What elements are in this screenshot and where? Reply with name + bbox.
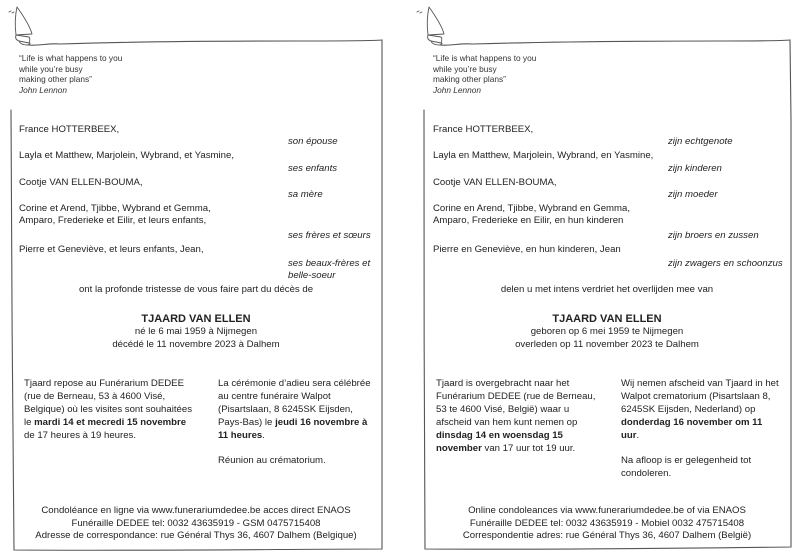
family-names: France HOTTERBEEX, (433, 124, 793, 136)
family-names: Corine et Arend, Tjibbe, Wybrand et Gemm… (19, 203, 379, 215)
ceremony-info: Wij nemen afscheid van Tjaard in het Wal… (621, 377, 783, 492)
family-entry: France HOTTERBEEX, son épouse (19, 124, 379, 148)
family-names: Amparo, Frederieke et Eilir, et leurs en… (19, 215, 379, 227)
announcement: ont la profonde tristesse de vous faire … (10, 284, 382, 297)
family-relation: son épouse (19, 136, 379, 148)
footer-condolences: Condoléance en ligne via www.funerariumd… (10, 505, 382, 518)
family-entry: France HOTTERBEEX, zijn echtgenote (433, 124, 793, 148)
sailboat-icon (9, 7, 32, 45)
family-names: Layla et Matthew, Marjolein, Wybrand, et… (19, 150, 379, 162)
family-entry: Pierre et Geneviève, et leurs enfants, J… (19, 244, 379, 283)
body-text: Wij nemen afscheid van Tjaard in het Wal… (621, 378, 779, 415)
quote-line: “Life is what happens to you (19, 53, 122, 64)
family-names: Pierre en Geneviève, en hun kinderen, Je… (433, 244, 793, 256)
ceremony-note: Na afloop is er gelegenheid tot condoler… (621, 454, 783, 480)
body-text: Tjaard is overgebracht naar het Funérari… (436, 378, 595, 428)
sailboat-icon (417, 7, 444, 45)
footer-phone: Funéraille DEDEE tel: 0032 43635919 - Mo… (424, 518, 790, 531)
birth-line: né le 6 mai 1959 à Nijmegen (10, 326, 382, 339)
family-relation: zijn zwagers en schoonzus (433, 258, 793, 270)
quote-line: while you’re busy (433, 64, 536, 75)
visitation-info: Tjaard repose au Funérarium DEDEE (rue d… (24, 377, 199, 454)
family-names: Corine en Arend, Tjibbe, Wybrand en Gemm… (433, 203, 793, 215)
family-list: France HOTTERBEEX, zijn echtgenote Layla… (433, 124, 793, 270)
death-line: décédé le 11 novembre 2023 à Dalhem (10, 339, 382, 352)
family-names: Cootje VAN ELLEN-BOUMA, (19, 177, 379, 189)
ceremony-info: La cérémonie d’adieu sera célébrée au ce… (218, 377, 376, 479)
quote-block: “Life is what happens to you while you’r… (433, 53, 536, 95)
quote-line: “Life is what happens to you (433, 53, 536, 64)
deceased-block: TJAARD VAN ELLEN né le 6 mai 1959 à Nijm… (10, 312, 382, 351)
family-relation: zijn kinderen (433, 163, 793, 175)
body-text: de 17 heures à 19 heures. (24, 430, 136, 441)
death-line: overleden op 11 november 2023 te Dalhem (424, 339, 790, 352)
body-text: . (636, 430, 639, 441)
body-text: . (262, 430, 265, 441)
deceased-name: TJAARD VAN ELLEN (10, 312, 382, 326)
visitation-text: Tjaard is overgebracht naar het Funérari… (436, 377, 604, 455)
family-names: France HOTTERBEEX, (19, 124, 379, 136)
emphasis-text: donderdag 16 november om 11 uur (621, 417, 762, 441)
family-names: Layla en Matthew, Marjolein, Wybrand, en… (433, 150, 793, 162)
family-entry: Cootje VAN ELLEN-BOUMA, zijn moeder (433, 177, 793, 201)
family-entry: Corine en Arend, Tjibbe, Wybrand en Gemm… (433, 203, 793, 242)
birth-line: geboren op 6 mei 1959 te Nijmegen (424, 326, 790, 339)
family-names: Pierre et Geneviève, et leurs enfants, J… (19, 244, 379, 256)
ceremony-text: La cérémonie d’adieu sera célébrée au ce… (218, 377, 376, 442)
footer-address: Adresse de correspondance: rue Général T… (10, 530, 382, 543)
family-entry: Layla et Matthew, Marjolein, Wybrand, et… (19, 150, 379, 174)
family-names: Amparo, Frederieke en Eilir, en hun kind… (433, 215, 793, 227)
family-entry: Corine et Arend, Tjibbe, Wybrand et Gemm… (19, 203, 379, 242)
ceremony-note: Réunion au crématorium. (218, 454, 376, 467)
family-relation: ses frères et sœurs (19, 230, 379, 242)
family-relation: zijn broers en zussen (433, 230, 793, 242)
card-french: “Life is what happens to you while you’r… (0, 0, 400, 558)
deceased-block: TJAARD VAN ELLEN geboren op 6 mei 1959 t… (424, 312, 790, 351)
family-relation: sa mère (19, 189, 379, 201)
footer-contact: Online condoleances via www.funerariumde… (424, 505, 790, 543)
deceased-name: TJAARD VAN ELLEN (424, 312, 790, 326)
visitation-text: Tjaard repose au Funérarium DEDEE (rue d… (24, 377, 199, 442)
quote-block: “Life is what happens to you while you’r… (19, 53, 122, 95)
ceremony-text: Wij nemen afscheid van Tjaard in het Wal… (621, 377, 783, 442)
footer-condolences: Online condoleances via www.funerariumde… (424, 505, 790, 518)
quote-line: making other plans” (19, 74, 122, 85)
visitation-info: Tjaard is overgebracht naar het Funérari… (436, 377, 604, 467)
quote-line: while you’re busy (19, 64, 122, 75)
quote-author: John Lennon (19, 85, 122, 96)
family-entry: Layla en Matthew, Marjolein, Wybrand, en… (433, 150, 793, 174)
card-dutch: “Life is what happens to you while you’r… (400, 0, 800, 558)
footer-address: Correspondentie adres: rue Général Thys … (424, 530, 790, 543)
family-entry: Cootje VAN ELLEN-BOUMA, sa mère (19, 177, 379, 201)
family-entry: Pierre en Geneviève, en hun kinderen, Je… (433, 244, 793, 270)
family-relation: zijn echtgenote (433, 136, 793, 148)
family-relation: ses enfants (19, 163, 379, 175)
footer-phone: Funéraille DEDEE tel: 0032 43635919 - GS… (10, 518, 382, 531)
announcement: delen u met intens verdriet het overlijd… (424, 284, 790, 297)
quote-author: John Lennon (433, 85, 536, 96)
emphasis-text: mardi 14 et mecredi 15 novembre (34, 417, 186, 428)
family-relation: zijn moeder (433, 189, 793, 201)
family-names: Cootje VAN ELLEN-BOUMA, (433, 177, 793, 189)
quote-line: making other plans” (433, 74, 536, 85)
family-relation: ses beaux-frères et belle-soeur (19, 258, 378, 282)
body-text: van 17 uur tot 19 uur. (482, 443, 575, 454)
footer-contact: Condoléance en ligne via www.funerariumd… (10, 505, 382, 543)
family-list: France HOTTERBEEX, son épouse Layla et M… (19, 124, 379, 282)
